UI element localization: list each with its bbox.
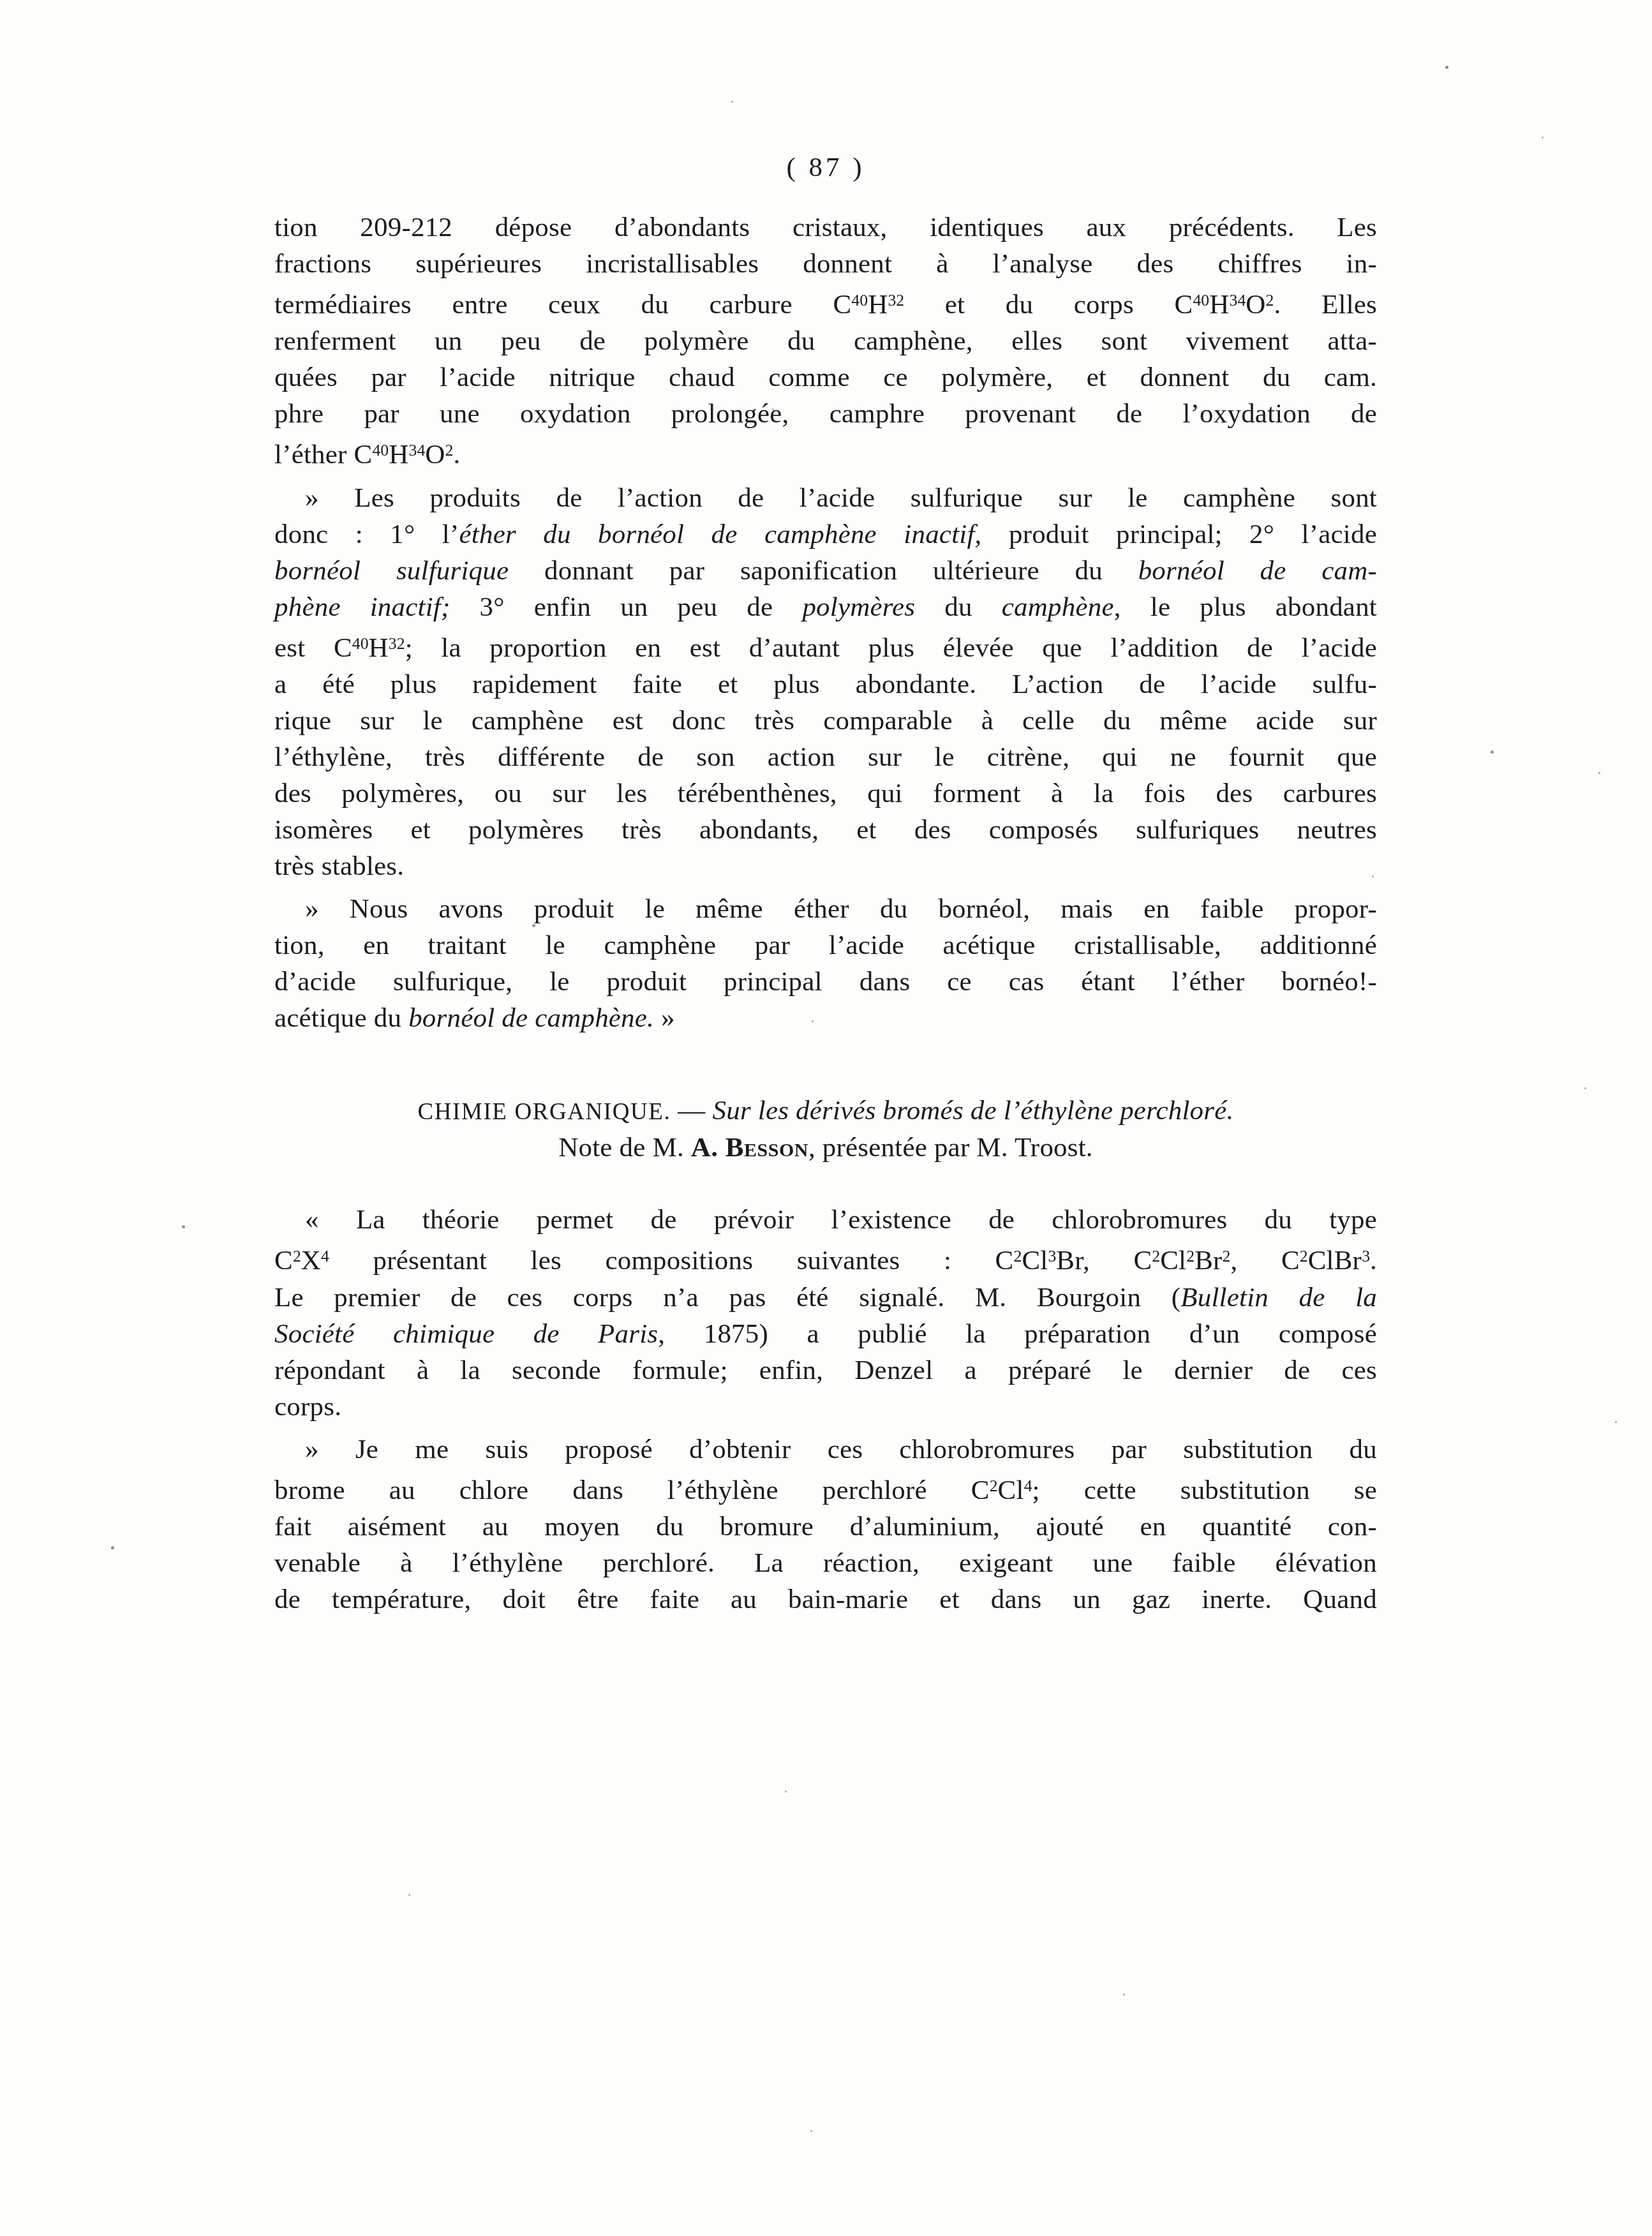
text-run: quées par l’acide nitrique chaud comme c…: [274, 362, 1377, 392]
text-run: et du corps C: [904, 290, 1193, 320]
text-run: 2: [293, 1247, 301, 1265]
text-run: 34: [1230, 291, 1246, 309]
text-run: 2: [1014, 1247, 1022, 1265]
text-line: répondant à la seconde formule; enfin, D…: [274, 1352, 1377, 1389]
text-line: CHIMIE ORGANIQUE. — Sur les dérivés brom…: [274, 1092, 1377, 1129]
paragraph: tion 209-212 dépose d’abondants cristaux…: [274, 209, 1377, 473]
section-heading: CHIMIE ORGANIQUE. — Sur les dérivés brom…: [274, 1092, 1377, 1166]
text-run: 3° enfin un peu de: [450, 592, 803, 622]
text-line: a été plus rapidement faite et plus abon…: [274, 666, 1377, 703]
text-run: rique sur le camphène est donc très comp…: [274, 706, 1377, 736]
text-block: tion 209-212 dépose d’abondants cristaux…: [274, 209, 1377, 1618]
text-run: , C: [1230, 1246, 1299, 1276]
text-line: très stables.: [274, 848, 1377, 884]
text-run: d’acide sulfurique, le produit principal…: [274, 967, 1377, 997]
text-line: « La théorie permet de prévoir l’existen…: [274, 1202, 1377, 1238]
text-run: des polymères, ou sur les térébenthènes,…: [274, 779, 1377, 809]
text-run: produit principal; 2° l’acide: [982, 519, 1377, 549]
text-run: « La théorie permet de prévoir l’existen…: [305, 1205, 1377, 1235]
text-line: l’éther C40H34O2.: [274, 432, 1377, 473]
text-run: » Je me suis proposé d’obtenir ces chlor…: [305, 1435, 1377, 1465]
text-run: » Nous avons produit le même éther du bo…: [305, 894, 1377, 924]
text-run: .: [453, 440, 460, 470]
text-run: O: [425, 440, 445, 470]
text-run: , présentée par M. Troost.: [808, 1133, 1093, 1163]
text-run: Sur les dérivés bromés de l’éthylène per…: [712, 1096, 1233, 1126]
page-number: ( 87 ): [274, 152, 1377, 183]
text-line: acétique du bornéol de camphène. »: [274, 1000, 1377, 1036]
text-run: brome au chlore dans l’éthylène perchlor…: [274, 1475, 990, 1505]
text-run: 2: [1266, 291, 1274, 309]
text-run: donc : 1° l’: [274, 519, 459, 549]
paragraph: » Je me suis proposé d’obtenir ces chlor…: [274, 1431, 1377, 1618]
text-run: 2: [445, 441, 454, 459]
text-run: l’éther C: [274, 440, 372, 470]
text-run: venable à l’éthylène perchloré. La réact…: [274, 1548, 1377, 1578]
text-run: , 1875) a publié la préparation d’un com…: [658, 1319, 1377, 1349]
text-run: ; la proportion en est d’autant plus éle…: [405, 633, 1377, 663]
text-line: rique sur le camphène est donc très comp…: [274, 703, 1377, 739]
text-run: A. Besson: [691, 1133, 808, 1163]
text-run: 4: [321, 1247, 329, 1265]
text-run: corps.: [274, 1392, 341, 1422]
text-line: phre par une oxydation prolongée, camphr…: [274, 396, 1377, 432]
text-run: bornéol de cam-: [1138, 556, 1377, 586]
text-run: O: [1246, 290, 1265, 320]
text-line: fait aisément au moyen du bromure d’alum…: [274, 1509, 1377, 1545]
text-run: ; cette substitution se: [1032, 1475, 1377, 1505]
text-line: fractions supérieures incristallisables …: [274, 246, 1377, 282]
text-line: Note de M. A. Besson, présentée par M. T…: [274, 1129, 1377, 1166]
text-run: 32: [888, 291, 904, 309]
text-run: l’éthylène, très différente de son actio…: [274, 742, 1377, 772]
text-line: renferment un peu de polymère du camphèn…: [274, 323, 1377, 359]
text-line: phène inactif; 3° enfin un peu de polymè…: [274, 589, 1377, 625]
text-run: 2: [1152, 1247, 1160, 1265]
text-run: bornéol sulfurique: [274, 556, 509, 586]
text-run: 40: [372, 441, 389, 459]
text-line: quées par l’acide nitrique chaud comme c…: [274, 359, 1377, 396]
text-run: 32: [389, 634, 405, 653]
paragraph: » Les produits de l’action de l’acide su…: [274, 480, 1377, 884]
text-run: tion, en traitant le camphène par l’acid…: [274, 930, 1377, 960]
text-run: 4: [1024, 1477, 1032, 1495]
text-run: . Elles: [1274, 290, 1377, 320]
text-run: Société chimique de Paris: [274, 1319, 658, 1349]
text-line: Société chimique de Paris, 1875) a publi…: [274, 1316, 1377, 1352]
text-run: 40: [1193, 291, 1209, 309]
paragraph: « La théorie permet de prévoir l’existen…: [274, 1202, 1377, 1424]
text-run: donnant par saponification ultérieure du: [509, 556, 1138, 586]
text-run: bornéol de camphène.: [408, 1003, 654, 1033]
text-line: d’acide sulfurique, le produit principal…: [274, 964, 1377, 1000]
text-run: 2: [1223, 1247, 1231, 1265]
text-run: isomères et polymères très abondants, et…: [274, 815, 1377, 845]
text-run: de température, doit être faite au bain-…: [274, 1584, 1377, 1614]
text-run: H: [369, 633, 389, 663]
scan-speckles: [0, 0, 2, 2]
text-line: » Je me suis proposé d’obtenir ces chlor…: [274, 1431, 1377, 1468]
text-run: fractions supérieures incristallisables …: [274, 249, 1377, 279]
text-run: »: [654, 1003, 675, 1033]
text-run: 3: [1048, 1247, 1056, 1265]
text-line: termédiaires entre ceux du carbure C40H3…: [274, 282, 1377, 323]
text-run: fait aisément au moyen du bromure d’alum…: [274, 1512, 1377, 1542]
text-run: 34: [409, 441, 426, 459]
paragraph: » Nous avons produit le même éther du bo…: [274, 891, 1377, 1036]
text-run: acétique du: [274, 1003, 408, 1033]
scanned-page: ( 87 ) tion 209-212 dépose d’abondants c…: [0, 0, 1652, 2236]
text-run: polymères: [802, 592, 915, 622]
text-line: isomères et polymères très abondants, et…: [274, 812, 1377, 848]
text-run: Cl: [998, 1475, 1024, 1505]
text-line: » Les produits de l’action de l’acide su…: [274, 480, 1377, 516]
text-run: est C: [274, 633, 352, 663]
text-run: Le premier de ces corps n’a pas été sign…: [274, 1283, 1180, 1313]
text-run: Br, C: [1056, 1246, 1152, 1276]
text-line: » Nous avons produit le même éther du bo…: [274, 891, 1377, 927]
text-run: 40: [352, 634, 369, 653]
text-line: venable à l’éthylène perchloré. La réact…: [274, 1545, 1377, 1581]
text-run: 2: [1186, 1247, 1194, 1265]
text-run: Cl: [1160, 1246, 1186, 1276]
text-run: 2: [1300, 1247, 1308, 1265]
text-run: éther du bornéol de camphène inactif,: [459, 519, 982, 549]
text-run: H: [868, 290, 888, 320]
text-run: Note de M.: [558, 1133, 691, 1163]
text-run: camphène: [1002, 592, 1114, 622]
text-run: a été plus rapidement faite et plus abon…: [274, 669, 1377, 699]
text-run: C: [274, 1246, 293, 1276]
text-run: CHIMIE ORGANIQUE.: [418, 1098, 671, 1124]
text-run: 3: [1362, 1247, 1370, 1265]
text-run: très stables.: [274, 851, 404, 881]
text-line: de température, doit être faite au bain-…: [274, 1581, 1377, 1618]
text-run: 40: [851, 291, 868, 309]
text-run: du: [915, 592, 1002, 622]
text-line: l’éthylène, très différente de son actio…: [274, 739, 1377, 775]
text-run: tion 209-212 dépose d’abondants cristaux…: [274, 212, 1377, 242]
text-line: C2X4 présentant les compositions suivant…: [274, 1238, 1377, 1279]
text-run: 2: [990, 1477, 998, 1495]
text-run: , le plus abondant: [1114, 592, 1377, 622]
text-line: tion 209-212 dépose d’abondants cristaux…: [274, 209, 1377, 246]
text-line: brome au chlore dans l’éthylène perchlor…: [274, 1468, 1377, 1509]
text-run: .: [1370, 1246, 1377, 1276]
text-run: Bulletin de la: [1180, 1283, 1377, 1313]
text-run: Br: [1194, 1246, 1222, 1276]
text-line: des polymères, ou sur les térébenthènes,…: [274, 775, 1377, 812]
text-line: tion, en traitant le camphène par l’acid…: [274, 927, 1377, 964]
text-line: Le premier de ces corps n’a pas été sign…: [274, 1279, 1377, 1316]
text-run: renferment un peu de polymère du camphèn…: [274, 326, 1377, 356]
text-run: H: [389, 440, 408, 470]
text-line: est C40H32; la proportion en est d’autan…: [274, 625, 1377, 666]
text-line: donc : 1° l’éther du bornéol de camphène…: [274, 516, 1377, 553]
text-run: répondant à la seconde formule; enfin, D…: [274, 1355, 1377, 1385]
text-line: corps.: [274, 1389, 1377, 1425]
text-run: ClBr: [1308, 1246, 1362, 1276]
text-run: H: [1209, 290, 1229, 320]
text-line: bornéol sulfurique donnant par saponific…: [274, 553, 1377, 589]
text-run: X: [301, 1246, 321, 1276]
text-run: —: [671, 1096, 712, 1126]
text-run: Cl: [1022, 1246, 1048, 1276]
text-run: présentant les compositions suivantes : …: [329, 1246, 1014, 1276]
text-run: phène inactif;: [274, 592, 450, 622]
text-run: » Les produits de l’action de l’acide su…: [305, 483, 1377, 513]
text-run: termédiaires entre ceux du carbure C: [274, 290, 851, 320]
text-run: phre par une oxydation prolongée, camphr…: [274, 399, 1377, 429]
